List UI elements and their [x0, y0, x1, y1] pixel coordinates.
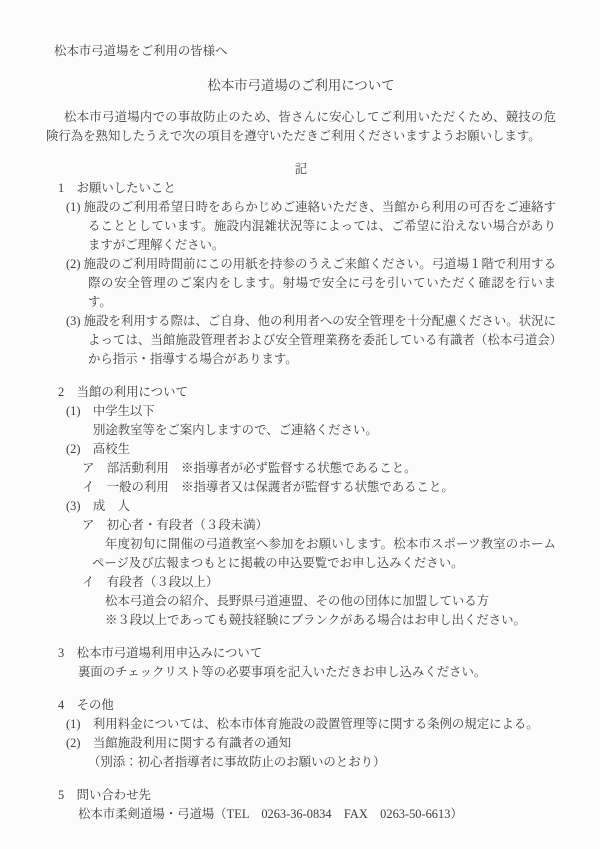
document-page: 松本市弓道場をご利用の皆様へ 松本市弓道場のご利用について 松本市弓道場内での事… — [0, 0, 600, 849]
section-1-item-3: (3) 施設を利用する際は、ご自身、他の利用者への安全管理を十分配慮ください。状… — [46, 312, 556, 369]
document-title: 松本市弓道場のご利用について — [46, 76, 556, 95]
section-2-item-3-sub-i: イ 有段者（３段以上） — [46, 573, 556, 592]
section-1-item-1: (1) 施設のご利用希望日時をあらかじめご連絡いただき、当館から利用の可否をご連… — [46, 198, 556, 255]
section-3-heading: 3 松本市弓道場利用申込みについて — [46, 644, 556, 663]
section-1-heading: 1 お願いしたいこと — [46, 179, 556, 198]
section-5-heading: 5 問い合わせ先 — [46, 786, 556, 805]
section-4-item-2: (2) 当館施設利用に関する有識者の通知 — [46, 734, 556, 753]
section-2-item-2-sub-i: イ 一般の利用 ※指導者又は保護者が監督する状態であること。 — [46, 478, 556, 497]
section-4-item-2-note: （別添：初心者指導者に事故防止のお願いのとおり） — [46, 753, 556, 772]
section-2-item-3: (3) 成 人 — [46, 497, 556, 516]
section-2-item-2-sub-a: ア 部活動利用 ※指導者が必ず監督する状態であること。 — [46, 459, 556, 478]
intro-paragraph: 松本市弓道場内での事故防止のため、皆さんに安心してご利用いただくため、競技の危険… — [46, 108, 556, 146]
greeting-line: 松本市弓道場をご利用の皆様へ — [46, 42, 556, 61]
section-2-item-1-note: 別途教室等をご案内しますので、ご連絡ください。 — [46, 421, 556, 440]
section-4-others: 4 その他 (1) 利用料金については、松本市体育施設の設置管理等に関する条例の… — [46, 696, 556, 772]
section-3-application: 3 松本市弓道場利用申込みについて 裏面のチェックリスト等の必要事項を記入いただ… — [46, 644, 556, 682]
section-2-heading: 2 当館の利用について — [46, 383, 556, 402]
section-2-item-3-sub-i-text-2: ※３段以上であっても競技経験にブランクがある場合はお申し出ください。 — [46, 611, 556, 630]
section-1-requests: 1 お願いしたいこと (1) 施設のご利用希望日時をあらかじめご連絡いただき、当… — [46, 179, 556, 369]
section-3-body: 裏面のチェックリスト等の必要事項を記入いただきお申し込みください。 — [46, 663, 556, 682]
section-2-item-3-sub-i-text-1: 松本弓道会の紹介、長野県弓道連盟、その他の団体に加盟している方 — [46, 592, 556, 611]
section-2-facility-use: 2 当館の利用について (1) 中学生以下 別途教室等をご案内しますので、ご連絡… — [46, 383, 556, 630]
section-5-contact: 5 問い合わせ先 松本市柔剣道場・弓道場（TEL 0263-36-0834 FA… — [46, 786, 556, 824]
section-4-heading: 4 その他 — [46, 696, 556, 715]
section-4-item-1: (1) 利用料金については、松本市体育施設の設置管理等に関する条例の規定による。 — [46, 715, 556, 734]
section-2-item-3-sub-a-text: 年度初旬に開催の弓道教室へ参加をお願いします。松本市スポーツ教室のホームページ及… — [46, 535, 556, 573]
section-2-item-1: (1) 中学生以下 — [46, 402, 556, 421]
section-2-item-2: (2) 高校生 — [46, 440, 556, 459]
section-2-item-3-sub-a: ア 初心者・有段者（３段未満） — [46, 516, 556, 535]
contact-info-line: 松本市柔剣道場・弓道場（TEL 0263-36-0834 FAX 0263-50… — [46, 805, 556, 824]
section-1-item-2: (2) 施設のご利用時間前にこの用紙を持参のうえご来館ください。弓道場１階で利用… — [46, 255, 556, 312]
record-marker: 記 — [46, 160, 556, 179]
